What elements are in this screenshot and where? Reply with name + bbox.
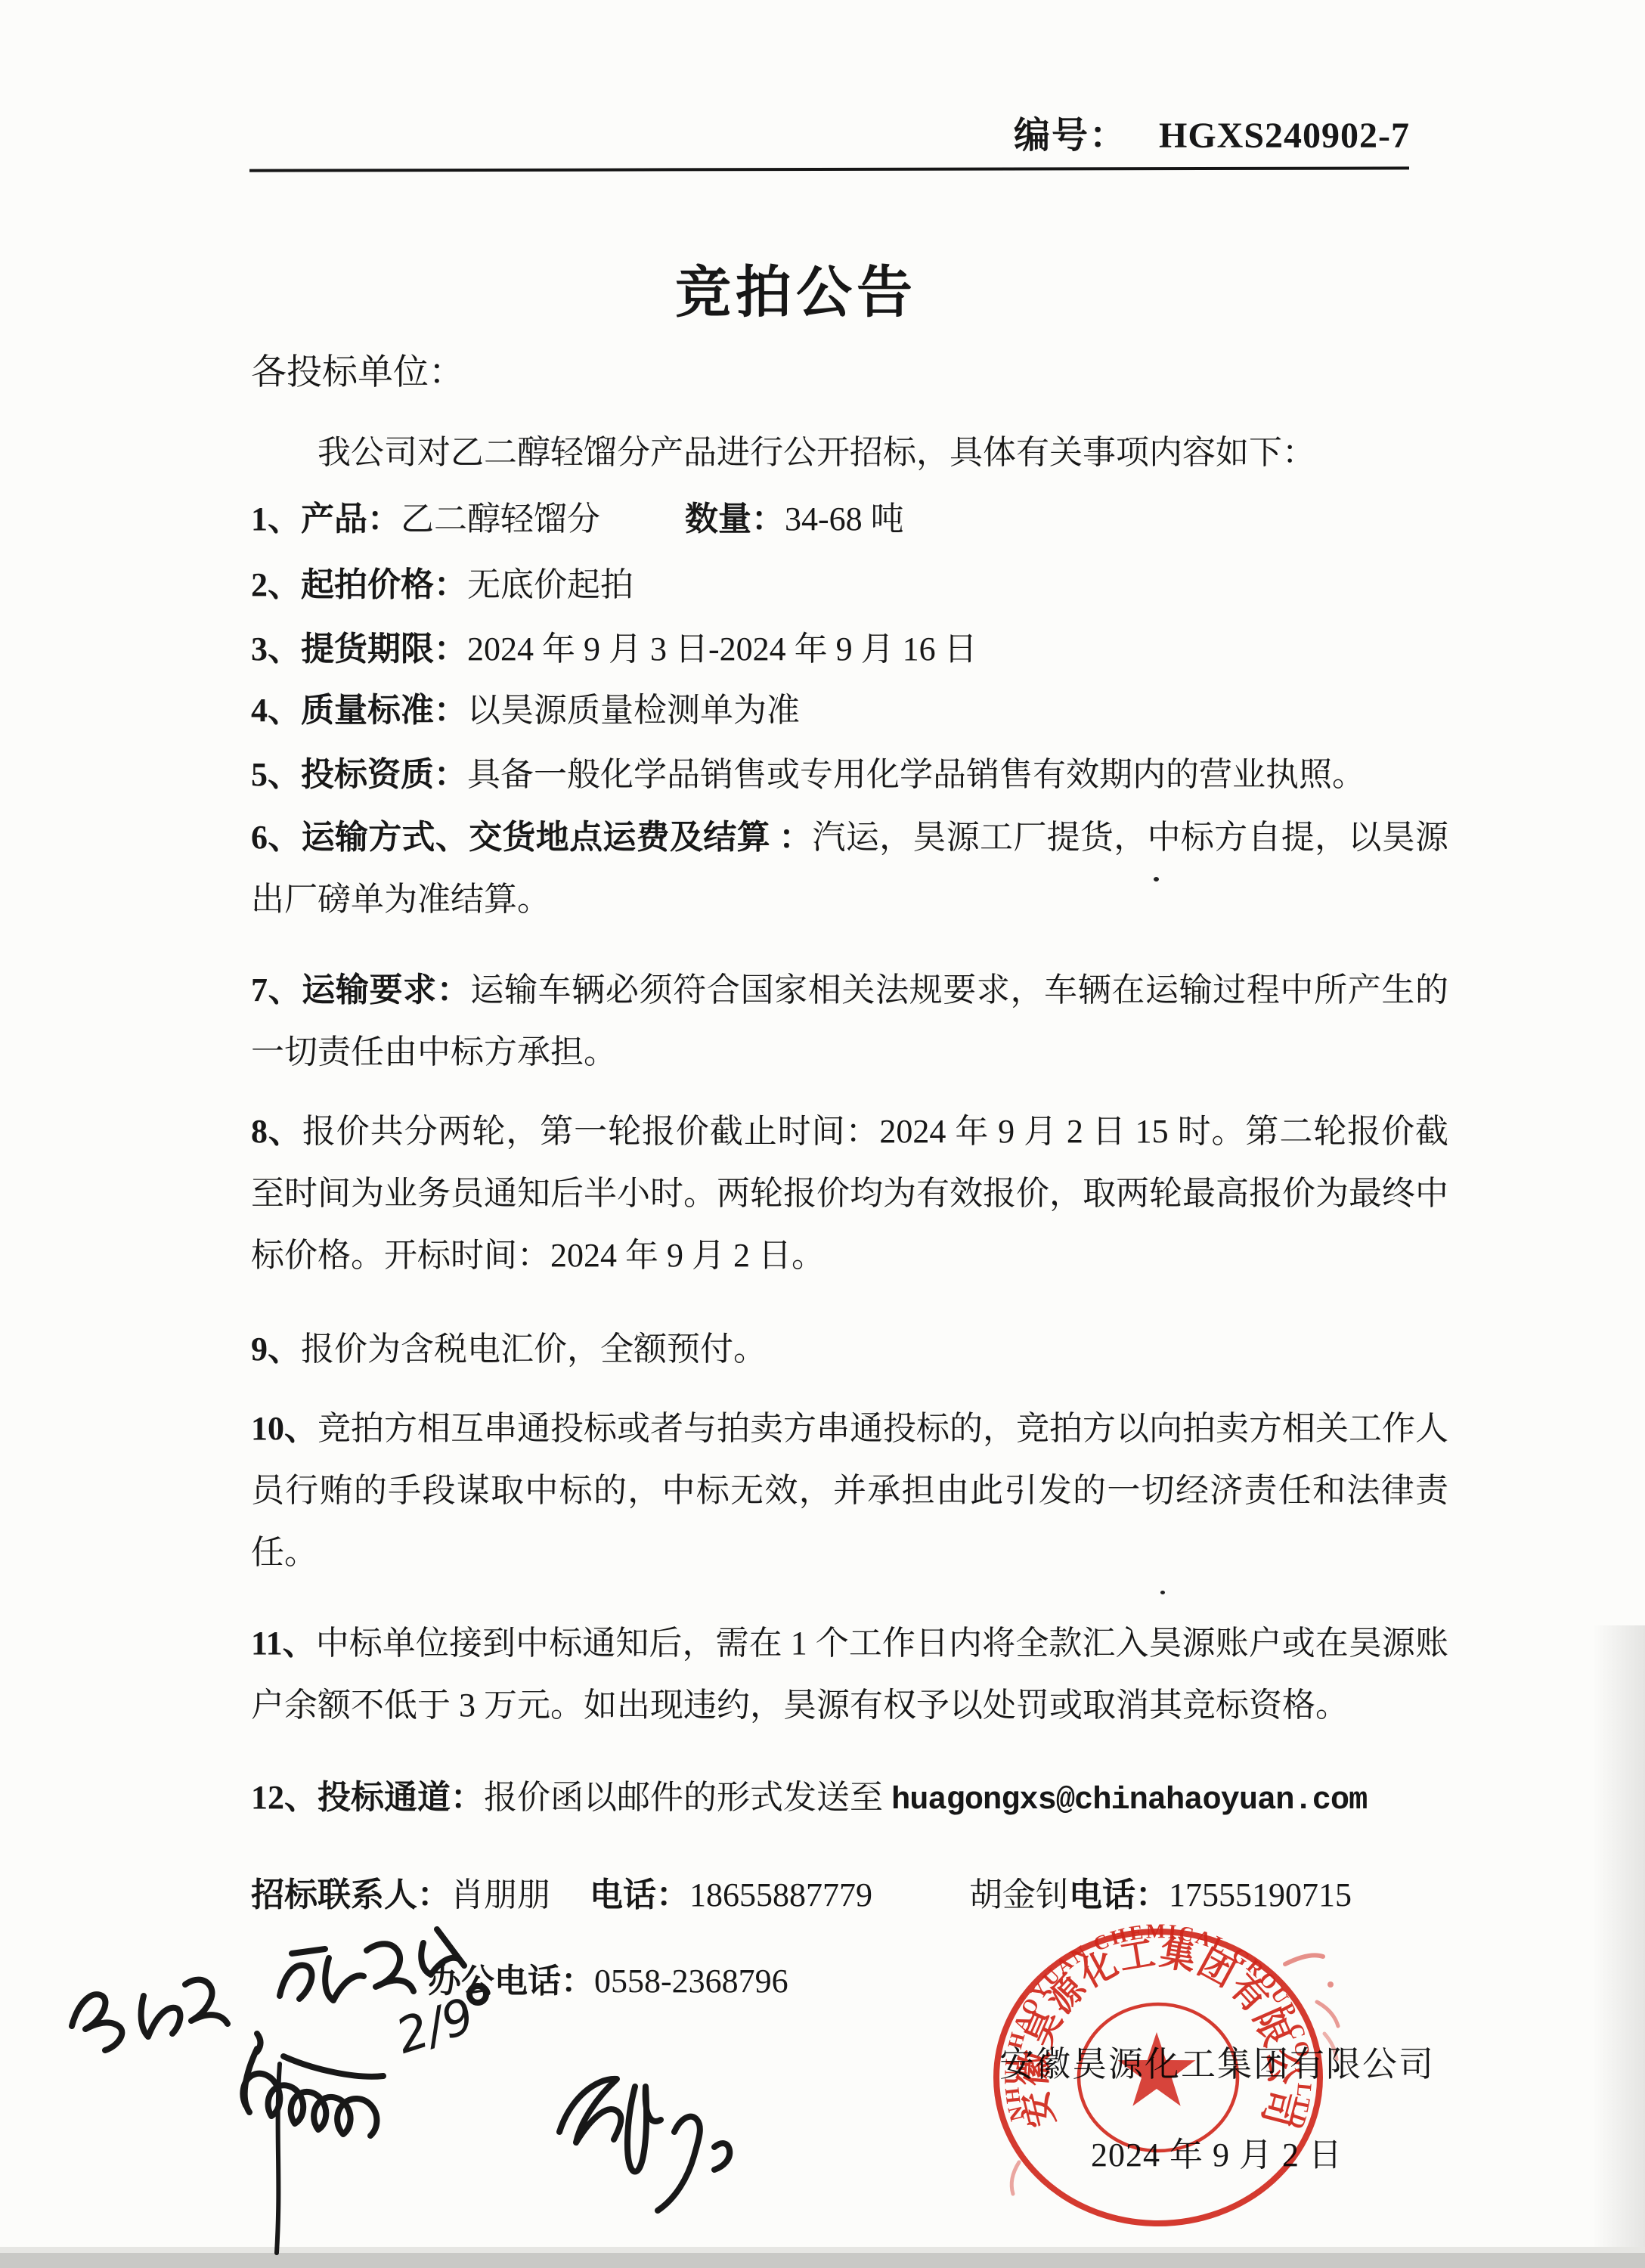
item-label2: 数量： <box>685 500 785 538</box>
company-seal-stamp: ANHUI HAOYUAN CHEMICAL GROUP CO., LTD. 安… <box>975 1913 1353 2268</box>
item-text2: 34-68 吨 <box>785 500 904 538</box>
scan-speck <box>1154 877 1159 881</box>
item-number: 1、 <box>251 500 301 538</box>
item-9: 9、报价为含税电汇价，全额预付。 <box>251 1318 1448 1380</box>
item-number: 10、 <box>251 1410 318 1447</box>
item-number: 8、 <box>251 1113 302 1150</box>
item-6: 6、运输方式、交货地点运费及结算 ：汽运，昊源工厂提货，中标方自提，以昊源出厂磅… <box>251 807 1448 931</box>
item-number: 4、 <box>251 692 301 729</box>
handwriting-date: 2/9 <box>389 1988 481 2065</box>
item-text: 报价共分两轮，第一轮报价截止时间：2024 年 9 月 2 日 15 时。第二轮… <box>251 1113 1448 1274</box>
scan-edge-shadow-right <box>1592 1625 1645 2268</box>
handwritten-approval-note: 2/9 <box>30 1905 801 2268</box>
item-12: 12、投标通道：报价函以邮件的形式发送至 huagongxs@chinahaoy… <box>251 1767 1448 1831</box>
item-label: 提货期限： <box>301 631 467 668</box>
item-number: 3、 <box>251 631 301 668</box>
doc-number-line: 编号：HGXS240902-7 <box>1014 106 1410 158</box>
doc-number-underline <box>249 166 1409 172</box>
phone-number-2: 17555190715 <box>1169 1876 1352 1913</box>
item-text: 以昊源质量检测单为准 <box>467 692 800 729</box>
item-label: 投标资质： <box>301 756 467 793</box>
phone-label-2: 电话： <box>1069 1876 1169 1913</box>
item-text: 乙二醇轻馏分 <box>401 500 600 538</box>
item-text: 中标单位接到中标通知后，需在 1 个工作日内将全款汇入昊源账户或在昊源账户余额不… <box>251 1625 1448 1724</box>
item-8: 8、报价共分两轮，第一轮报价截止时间：2024 年 9 月 2 日 15 时。第… <box>251 1101 1448 1287</box>
doc-number-label: 编号： <box>1014 116 1127 156</box>
item-number: 7、 <box>251 971 302 1009</box>
handwriting-stroke <box>72 1994 122 2050</box>
item-5: 5、投标资质：具备一般化学品销售或专用化学品销售有效期内的营业执照。 <box>251 744 1448 806</box>
doc-number-value: HGXS240902-7 <box>1159 116 1410 156</box>
item-text: 具备一般化学品销售或专用化学品销售有效期内的营业执照。 <box>467 756 1365 793</box>
item-text: 2024 年 9 月 3 日-2024 年 9 月 16 日 <box>467 631 977 668</box>
item-11: 11、中标单位接到中标通知后，需在 1 个工作日内将全款汇入昊源账户或在昊源账户… <box>251 1613 1448 1737</box>
item-1: 1、产品：乙二醇轻馏分数量：34-68 吨 <box>251 488 1448 550</box>
item-number: 12、 <box>251 1779 318 1816</box>
item-label: 运输要求： <box>302 971 470 1009</box>
scanned-auction-notice-page: 编号：HGXS240902-7 竞拍公告 各投标单位： 我公司对乙二醇轻馏分产品… <box>0 0 1645 2268</box>
item-text: 报价为含税电汇价，全额预付。 <box>301 1331 767 1368</box>
intro-paragraph: 我公司对乙二醇轻馏分产品进行公开招标，具体有关事项内容如下： <box>251 422 1448 484</box>
item-label: 产品： <box>301 500 401 538</box>
item-number: 5、 <box>251 756 301 793</box>
item-2: 2、起拍价格：无底价起拍 <box>251 554 1448 616</box>
salutation: 各投标单位： <box>251 342 1448 404</box>
seal-star-icon <box>1118 2032 1196 2106</box>
item-text: 竞拍方相互串通投标或者与拍卖方串通投标的，竞拍方以向拍卖方相关工作人员行贿的手段… <box>251 1410 1448 1571</box>
item-4: 4、质量标准：以昊源质量检测单为准 <box>251 680 1448 742</box>
item-label: 投标通道： <box>318 1779 484 1816</box>
item-label: 起拍价格： <box>301 566 467 603</box>
scan-speck <box>1160 1591 1165 1594</box>
item-number: 9、 <box>251 1331 301 1368</box>
bid-email: huagongxs@chinahaoyuan.com <box>891 1782 1367 1818</box>
item-3: 3、提货期限：2024 年 9 月 3 日-2024 年 9 月 16 日 <box>251 618 1448 680</box>
item-10: 10、竞拍方相互串通投标或者与拍卖方串通投标的，竞拍方以向拍卖方相关工作人员行贿… <box>251 1398 1448 1584</box>
item-number: 2、 <box>251 566 301 603</box>
item-text: 无底价起拍 <box>467 566 634 603</box>
item-7: 7、运输要求：运输车辆必须符合国家相关法规要求，车辆在运输过程中所产生的一切责任… <box>251 959 1448 1083</box>
item-number: 6、 <box>251 819 302 856</box>
item-number: 11、 <box>251 1625 316 1662</box>
item-text: 报价函以邮件的形式发送至 <box>484 1779 891 1816</box>
item-label: 运输方式、交货地点运费及结算 ： <box>302 819 813 856</box>
contact-name-2: 胡金钊 <box>969 1876 1069 1913</box>
page-title: 竞拍公告 <box>0 248 1592 328</box>
item-label: 质量标准： <box>301 692 467 729</box>
